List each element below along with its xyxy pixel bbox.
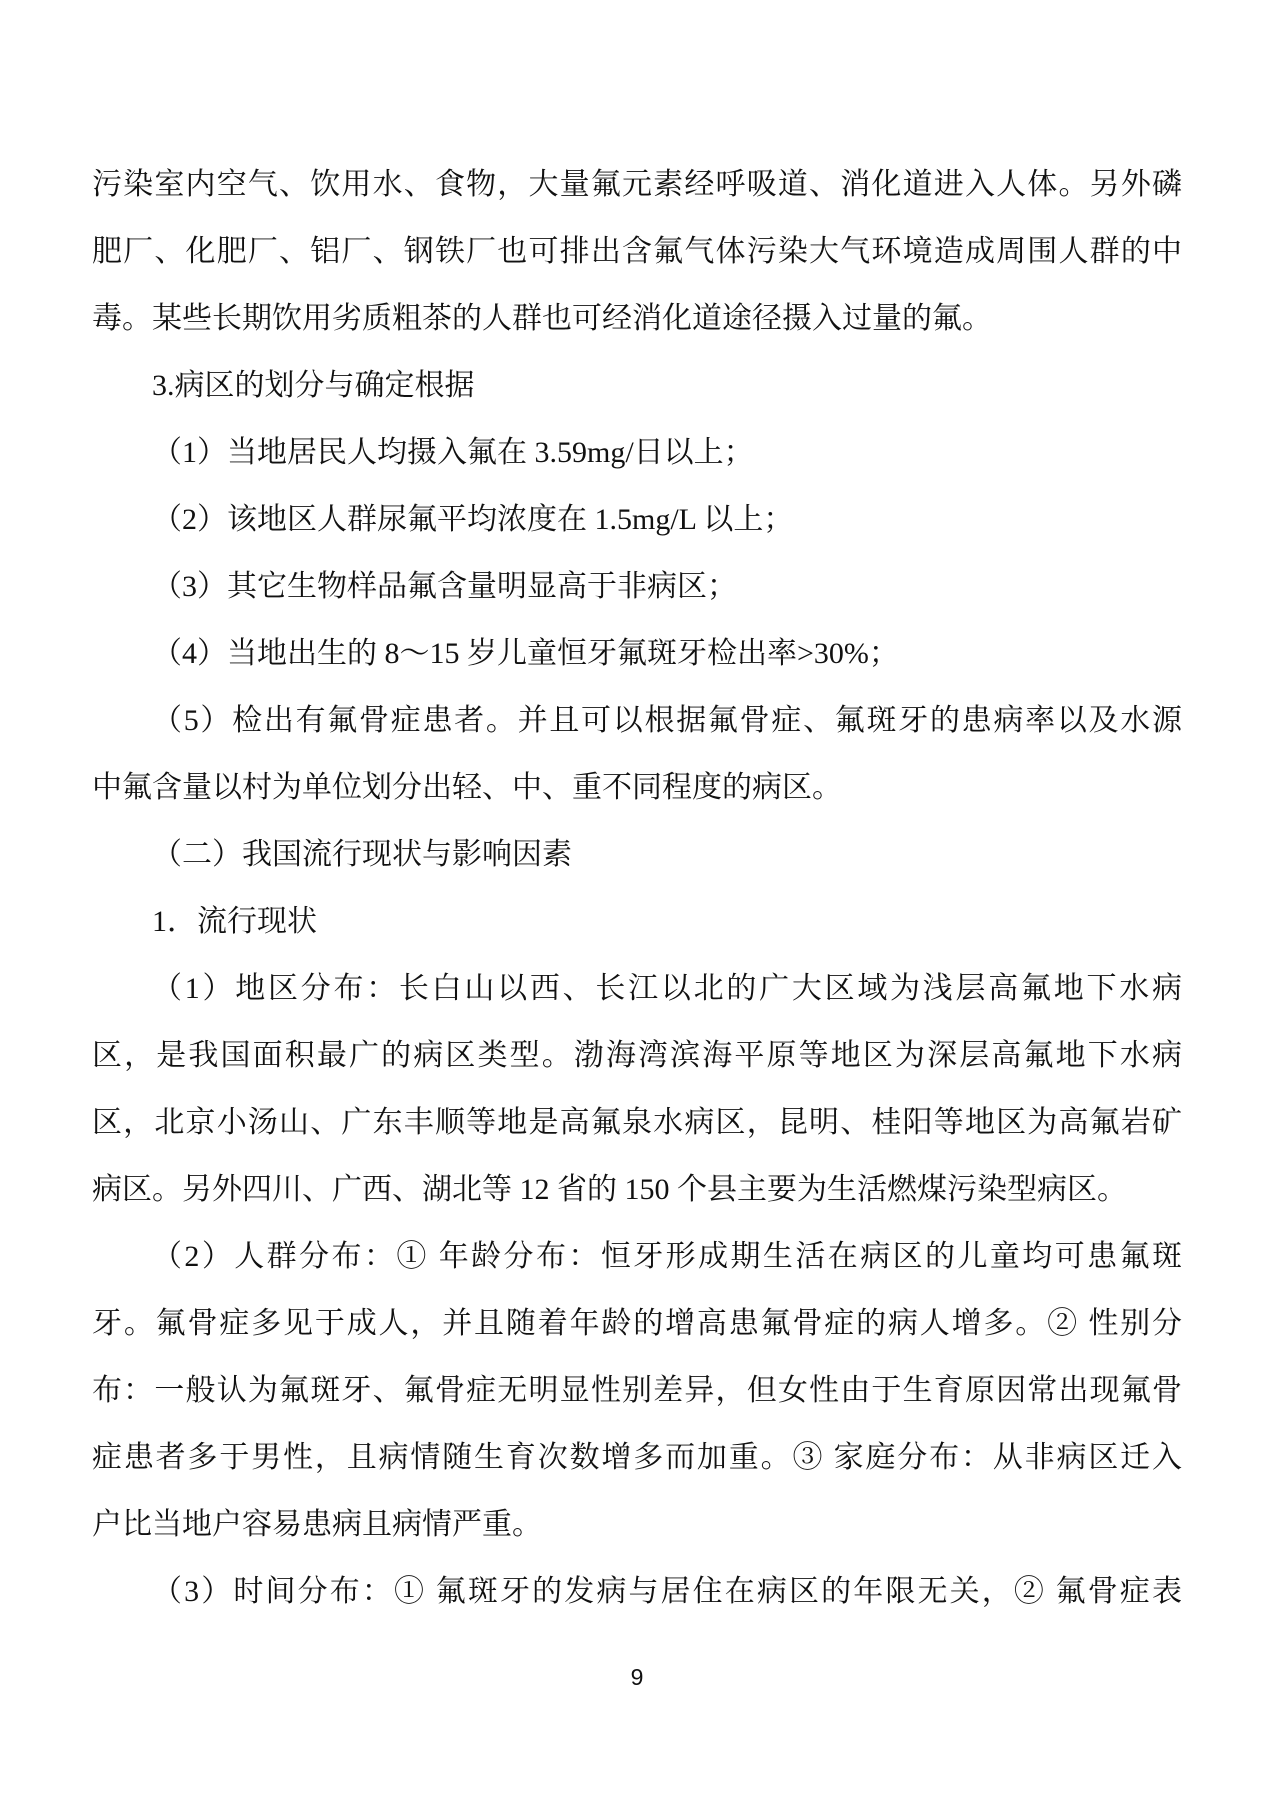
text-line: （5）检出有氟骨症患者。并且可以根据氟骨症、氟斑牙的患病率以及水源 xyxy=(92,687,1182,754)
text-line: 牙。氟骨症多见于成人，并且随着年龄的增高患氟骨症的病人增多。② 性别分 xyxy=(92,1290,1182,1357)
text-line: （1）当地居民人均摄入氟在 3.59mg/日以上； xyxy=(92,419,1182,486)
text-line: 区，是我国面积最广的病区类型。渤海湾滨海平原等地区为深层高氟地下水病 xyxy=(92,1022,1182,1089)
text-line: 毒。某些长期饮用劣质粗茶的人群也可经消化道途径摄入过量的氟。 xyxy=(92,285,1182,352)
paragraph: （3）时间分布：① 氟斑牙的发病与居住在病区的年限无关，② 氟骨症表 xyxy=(92,1558,1182,1625)
text-line: 肥厂、化肥厂、铝厂、钢铁厂也可排出含氟气体污染大气环境造成周围人群的中 xyxy=(92,218,1182,285)
paragraph: （1）当地居民人均摄入氟在 3.59mg/日以上； xyxy=(92,419,1182,486)
page-footer: 9 xyxy=(0,1662,1274,1692)
paragraph: 3.病区的划分与确定根据 xyxy=(92,352,1182,419)
text-line: （二）我国流行现状与影响因素 xyxy=(92,821,1182,888)
paragraph: （2）该地区人群尿氟平均浓度在 1.5mg/L 以上； xyxy=(92,486,1182,553)
text-line: （4）当地出生的 8～15 岁儿童恒牙氟斑牙检出率>30%； xyxy=(92,620,1182,687)
paragraph: （1）地区分布：长白山以西、长江以北的广大区域为浅层高氟地下水病区，是我国面积最… xyxy=(92,955,1182,1223)
document-page: 污染室内空气、饮用水、食物，大量氟元素经呼吸道、消化道进入人体。另外磷肥厂、化肥… xyxy=(0,0,1274,1801)
text-line: （3）其它生物样品氟含量明显高于非病区； xyxy=(92,553,1182,620)
paragraph: （3）其它生物样品氟含量明显高于非病区； xyxy=(92,553,1182,620)
paragraph: 1．流行现状 xyxy=(92,888,1182,955)
text-line: 中氟含量以村为单位划分出轻、中、重不同程度的病区。 xyxy=(92,754,1182,821)
text-line: （3）时间分布：① 氟斑牙的发病与居住在病区的年限无关，② 氟骨症表 xyxy=(92,1558,1182,1625)
text-line: 区，北京小汤山、广东丰顺等地是高氟泉水病区，昆明、桂阳等地区为高氟岩矿 xyxy=(92,1089,1182,1156)
text-line: （2）该地区人群尿氟平均浓度在 1.5mg/L 以上； xyxy=(92,486,1182,553)
paragraph: （二）我国流行现状与影响因素 xyxy=(92,821,1182,888)
text-line: 病区。另外四川、广西、湖北等 12 省的 150 个县主要为生活燃煤污染型病区。 xyxy=(92,1156,1182,1223)
text-line: 3.病区的划分与确定根据 xyxy=(92,352,1182,419)
text-line: 污染室内空气、饮用水、食物，大量氟元素经呼吸道、消化道进入人体。另外磷 xyxy=(92,151,1182,218)
page-number: 9 xyxy=(631,1664,644,1690)
text-line: 1．流行现状 xyxy=(92,888,1182,955)
text-line: 户比当地户容易患病且病情严重。 xyxy=(92,1491,1182,1558)
text-line: 布：一般认为氟斑牙、氟骨症无明显性别差异，但女性由于生育原因常出现氟骨 xyxy=(92,1357,1182,1424)
paragraph: （2）人群分布：① 年龄分布：恒牙形成期生活在病区的儿童均可患氟斑牙。氟骨症多见… xyxy=(92,1223,1182,1558)
page-content: 污染室内空气、饮用水、食物，大量氟元素经呼吸道、消化道进入人体。另外磷肥厂、化肥… xyxy=(92,151,1182,1625)
text-line: （2）人群分布：① 年龄分布：恒牙形成期生活在病区的儿童均可患氟斑 xyxy=(92,1223,1182,1290)
paragraph: 污染室内空气、饮用水、食物，大量氟元素经呼吸道、消化道进入人体。另外磷肥厂、化肥… xyxy=(92,151,1182,352)
text-line: 症患者多于男性，且病情随生育次数增多而加重。③ 家庭分布：从非病区迁入 xyxy=(92,1424,1182,1491)
paragraph: （5）检出有氟骨症患者。并且可以根据氟骨症、氟斑牙的患病率以及水源中氟含量以村为… xyxy=(92,687,1182,821)
paragraph: （4）当地出生的 8～15 岁儿童恒牙氟斑牙检出率>30%； xyxy=(92,620,1182,687)
text-line: （1）地区分布：长白山以西、长江以北的广大区域为浅层高氟地下水病 xyxy=(92,955,1182,1022)
